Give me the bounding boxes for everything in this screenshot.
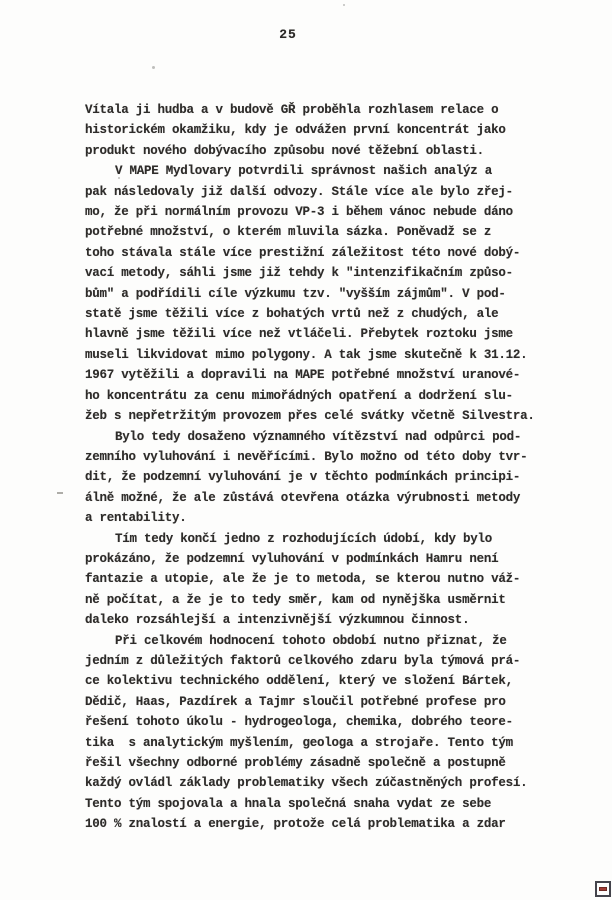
paragraph: Při celkovém hodnocení tohoto období nut…	[85, 631, 555, 835]
text-line: zemního vyluhování i nevěřícími. Bylo mo…	[85, 447, 555, 467]
page-number: 25	[0, 27, 576, 42]
text-line: daleko rozsáhlejší a intenzivnější výzku…	[85, 610, 555, 630]
corner-mark-icon	[595, 881, 611, 897]
text-line: ce kolektivu technického oddělení, který…	[85, 671, 555, 691]
paragraph: Bylo tedy dosaženo významného vítězství …	[85, 427, 555, 529]
text-line: statě jsme těžili více z bohatých vrtů n…	[85, 304, 555, 324]
text-line: fantazie a utopie, ale že je to metoda, …	[85, 569, 555, 589]
corner-mark-bar	[599, 887, 607, 891]
text-line: V MAPE Mydlovary potvrdili správnost naš…	[85, 161, 555, 181]
paragraph: Vítala ji hudba a v budově GŘ proběhla r…	[85, 100, 555, 161]
text-line: Bylo tedy dosaženo významného vítězství …	[85, 427, 555, 447]
scan-speck	[152, 66, 155, 69]
text-line: ho koncentrátu za cenu mimořádných opatř…	[85, 386, 555, 406]
document-page: 25 Vítala ji hudba a v budově GŘ proběhl…	[0, 0, 612, 900]
text-line: dit, že podzemní vyluhování je v těchto …	[85, 467, 555, 487]
text-line: historickém okamžiku, kdy je odvážen prv…	[85, 120, 555, 140]
text-line: hlavně jsme těžili více než vtláčeli. Př…	[85, 324, 555, 344]
text-line: Při celkovém hodnocení tohoto období nut…	[85, 631, 555, 651]
text-line: museli likvidovat mimo polygony. A tak j…	[85, 345, 555, 365]
text-line: Dědič, Haas, Pazdírek a Tajmr sloučil po…	[85, 692, 555, 712]
text-line: Vítala ji hudba a v budově GŘ proběhla r…	[85, 100, 555, 120]
text-line: potřebné množství, o kterém mluvila sázk…	[85, 222, 555, 242]
paragraph: V MAPE Mydlovary potvrdili správnost naš…	[85, 161, 555, 426]
text-line: řešil všechny odborné problémy zásadně s…	[85, 753, 555, 773]
text-line: Tím tedy končí jedno z rozhodujících údo…	[85, 529, 555, 549]
text-line: každý ovládl základy problematiky všech …	[85, 773, 555, 793]
text-line: žeb s nepřetržitým provozem přes celé sv…	[85, 406, 555, 426]
text-line: ně počítat, a že je to tedy směr, kam od…	[85, 590, 555, 610]
text-line: toho stávala stále více prestižní záleži…	[85, 243, 555, 263]
text-line: produkt nového dobývacího způsobu nové t…	[85, 141, 555, 161]
text-line: 1967 vytěžili a dopravili na MAPE potřeb…	[85, 365, 555, 385]
text-line: vací metody, sáhli jsme již tehdy k "int…	[85, 263, 555, 283]
text-line: tika s analytickým myšlením, geologa a s…	[85, 733, 555, 753]
text-line: 100 % znalostí a energie, protože celá p…	[85, 814, 555, 834]
text-block: Vítala ji hudba a v budově GŘ proběhla r…	[85, 100, 555, 835]
text-line: prokázáno, že podzemní vyluhování v podm…	[85, 549, 555, 569]
paragraph: Tím tedy končí jedno z rozhodujících údo…	[85, 529, 555, 631]
scan-speck	[374, 212, 376, 214]
text-line: řešení tohoto úkolu - hydrogeologa, chem…	[85, 712, 555, 732]
text-line: mo, že při normálním provozu VP-3 i běhe…	[85, 202, 555, 222]
text-line: jedním z důležitých faktorů celkového zd…	[85, 651, 555, 671]
text-line: álně možné, že ale zůstává otevřena otáz…	[85, 488, 555, 508]
text-line: Tento tým spojovala a hnala společná sna…	[85, 794, 555, 814]
text-line: pak následovaly již další odvozy. Stále …	[85, 182, 555, 202]
scan-speck	[118, 177, 120, 179]
margin-mark	[57, 492, 63, 494]
text-line: a rentability.	[85, 508, 555, 528]
text-line: bům" a podřídili cíle výzkumu tzv. "vyšš…	[85, 284, 555, 304]
scan-speck	[343, 4, 345, 6]
